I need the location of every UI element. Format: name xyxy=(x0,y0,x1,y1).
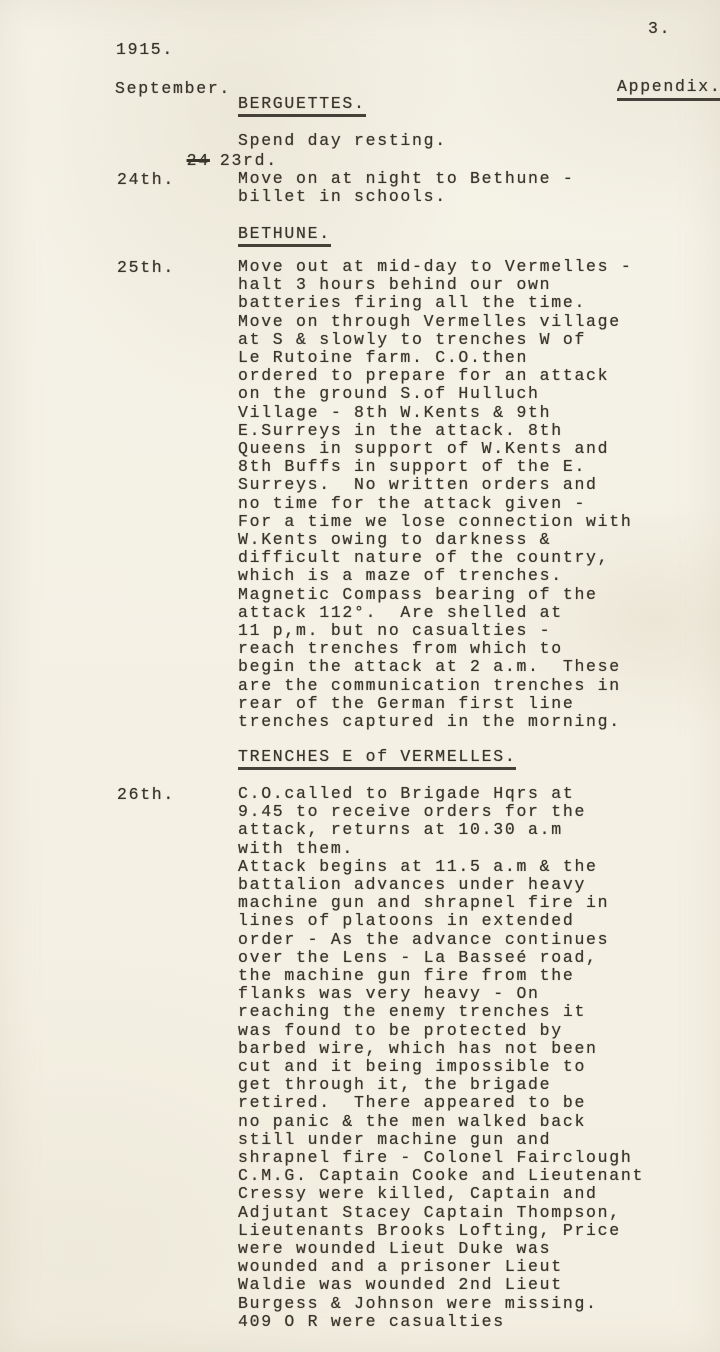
war-diary-page: 3. 1915. September. Appendix. BERGUETTES… xyxy=(0,0,720,1352)
section-title-bethune: BETHUNE. xyxy=(238,224,331,247)
entry-row-23rd: 2423rd. Spend day resting. xyxy=(0,132,720,150)
month-label: September. xyxy=(115,79,231,98)
entry-body-26th: C.O.called to Brigade Hqrs at 9.45 to re… xyxy=(238,785,700,1331)
year-label: 1915. xyxy=(116,40,174,59)
appendix-label: Appendix. xyxy=(617,77,720,101)
entry-row-26th: 26th. C.O.called to Brigade Hqrs at 9.45… xyxy=(0,785,720,1331)
entry-row-24th: 24th. Move on at night to Bethune - bill… xyxy=(0,170,720,206)
entry-row-25th: 25th. Move out at mid-day to Vermelles -… xyxy=(0,258,720,731)
entry-date-text: 23rd. xyxy=(220,151,278,170)
entry-date-26th: 26th. xyxy=(117,785,175,804)
section-title-berguettes: BERGUETTES. xyxy=(238,94,366,117)
struck-out-date: 24 xyxy=(187,151,210,170)
entry-date-24th: 24th. xyxy=(117,170,175,189)
entry-body-24th: Move on at night to Bethune - billet in … xyxy=(238,170,700,206)
entry-body-25th: Move out at mid-day to Vermelles - halt … xyxy=(238,258,700,731)
section-title-trenches-e-of-vermelles: TRENCHES E of VERMELLES. xyxy=(238,747,516,770)
page-number: 3. xyxy=(648,19,671,38)
entry-date-25th: 25th. xyxy=(117,258,175,277)
entry-body-23rd: Spend day resting. xyxy=(238,132,700,150)
